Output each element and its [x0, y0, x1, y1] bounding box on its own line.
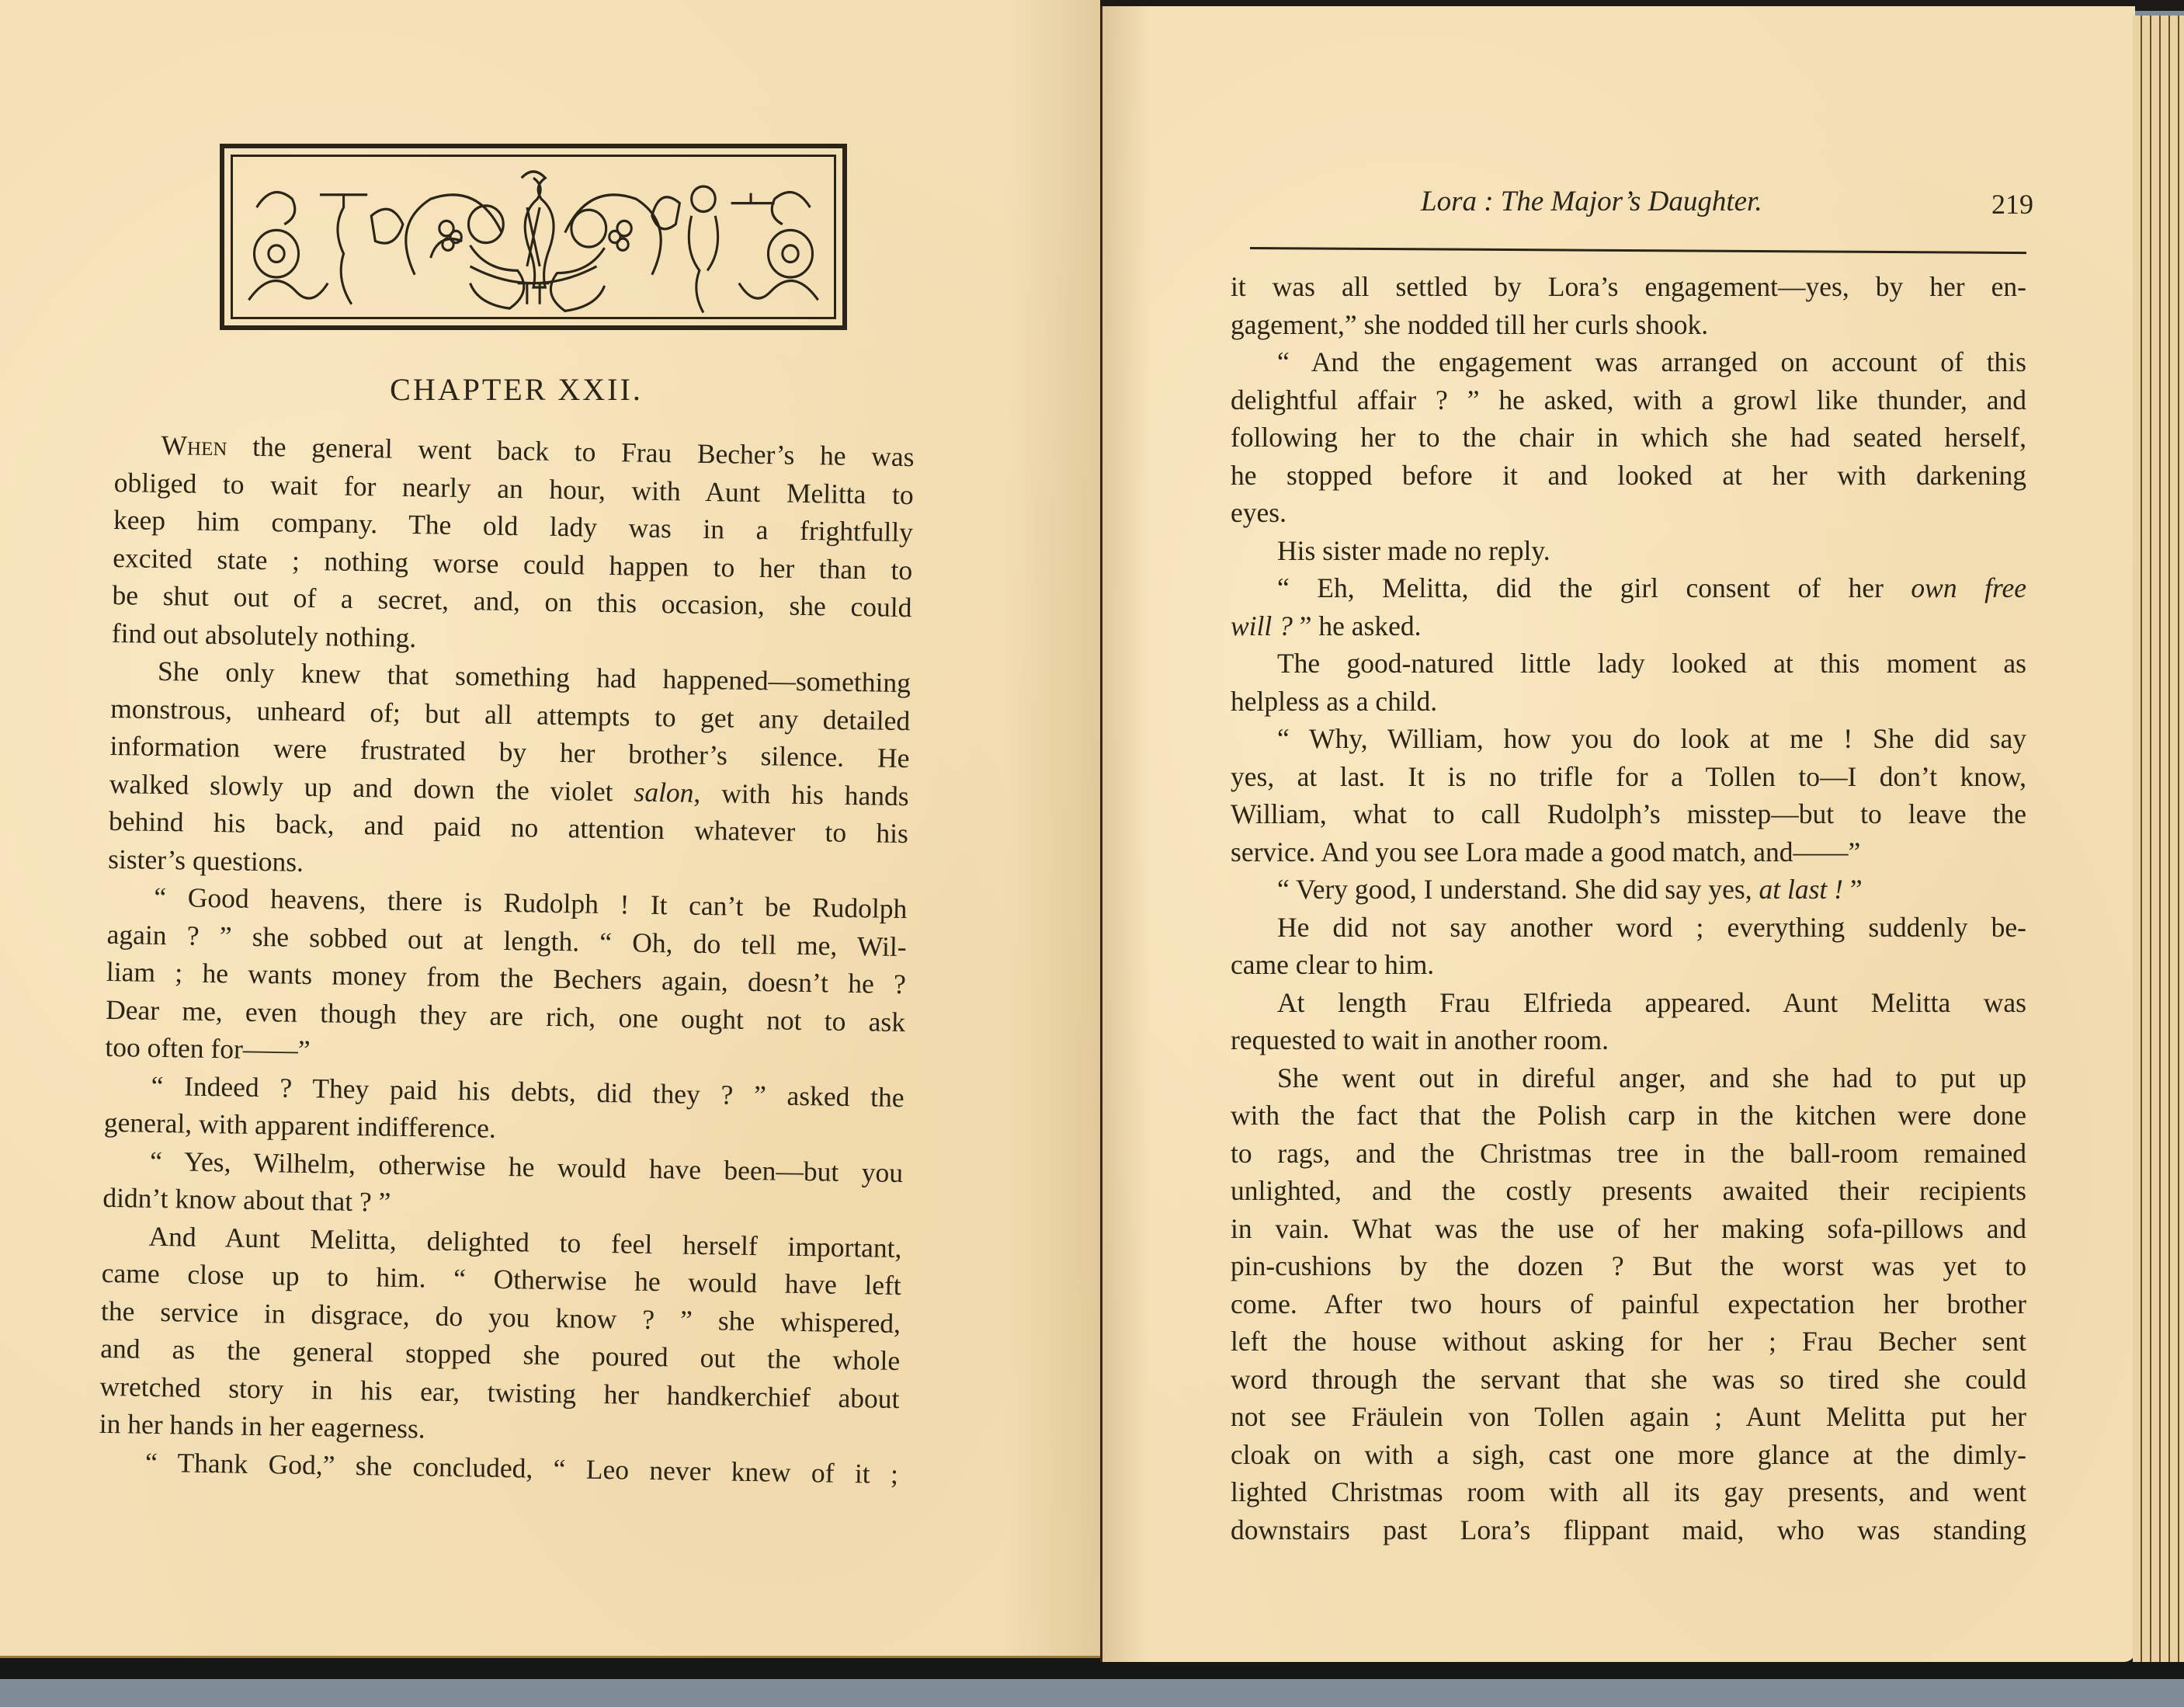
text-line: following her to the chair in which she … [1231, 419, 2026, 457]
text-line: come. After two hours of painful expecta… [1231, 1285, 2026, 1323]
text-line: service. And you see Lora made a good ma… [1231, 833, 2026, 871]
text-line: requested to wait in another room. [1231, 1021, 2026, 1059]
ornament-engraving-icon [233, 157, 834, 317]
text-line: unlighted, and the costly presents await… [1231, 1172, 2026, 1210]
page-number: 219 [1991, 188, 2033, 221]
text-line: word through the servant that she was so… [1231, 1361, 2026, 1399]
text-line: not see Fräulein von Tollen again ; Aunt… [1231, 1398, 2026, 1436]
text-line: delightful affair ? ” he asked, with a g… [1231, 381, 2026, 419]
left-page: CHAPTER XXII. When the general went back… [0, 0, 1100, 1658]
left-page-body: When the general went back to Frau Beche… [99, 426, 915, 1493]
text-line: eyes. [1231, 494, 2026, 532]
text-line: with the fact that the Polish carp in th… [1231, 1097, 2026, 1135]
text-line: yes, at last. It is no trifle for a Toll… [1231, 758, 2026, 796]
text-line: will ? ” he asked. [1231, 607, 2026, 645]
text-line: At length Frau Elfrieda appeared. Aunt M… [1231, 984, 2026, 1022]
decorative-headpiece-icon [220, 144, 847, 330]
text-line: “ Eh, Melitta, did the girl consent of h… [1231, 569, 2026, 607]
text-line: pin-cushions by the dozen ? But the wors… [1231, 1247, 2026, 1285]
text-line: cloak on with a sigh, cast one more glan… [1231, 1436, 2026, 1474]
text-line: She went out in direful anger, and she h… [1231, 1059, 2026, 1097]
text-line: left the house without asking for her ; … [1231, 1323, 2026, 1361]
text-line: it was all settled by Lora’s engagement—… [1231, 268, 2026, 306]
text-line: lighted Christmas room with all its gay … [1231, 1473, 2026, 1511]
text-line: came clear to him. [1231, 946, 2026, 984]
text-line: “ Very good, I understand. She did say y… [1231, 871, 2026, 909]
text-line: “ And the engagement was arranged on acc… [1231, 343, 2026, 381]
running-head: Lora : The Major’s Daughter. [1421, 185, 1762, 218]
text-line: William, what to call Rudolph’s misstep—… [1231, 795, 2026, 833]
text-line: to rags, and the Christmas tree in the b… [1231, 1135, 2026, 1173]
text-line: he stopped before it and looked at her w… [1231, 457, 2026, 495]
text-line: downstairs past Lora’s flippant maid, wh… [1231, 1511, 2026, 1549]
text-line: in vain. What was the use of her making … [1231, 1210, 2026, 1248]
page-stack-edge [2133, 16, 2184, 1662]
text-line: He did not say another word ; everything… [1231, 909, 2026, 947]
chapter-title: CHAPTER XXII. [116, 371, 916, 408]
text-line: “ Why, William, how you do look at me ! … [1231, 720, 2026, 758]
text-line: His sister made no reply. [1231, 532, 2026, 570]
text-line: The good-natured little lady looked at t… [1231, 645, 2026, 683]
text-line: gagement,” she nodded till her curls sho… [1231, 306, 2026, 344]
text-line: helpless as a child. [1231, 683, 2026, 721]
right-page-body: it was all settled by Lora’s engagement—… [1231, 268, 2026, 1549]
